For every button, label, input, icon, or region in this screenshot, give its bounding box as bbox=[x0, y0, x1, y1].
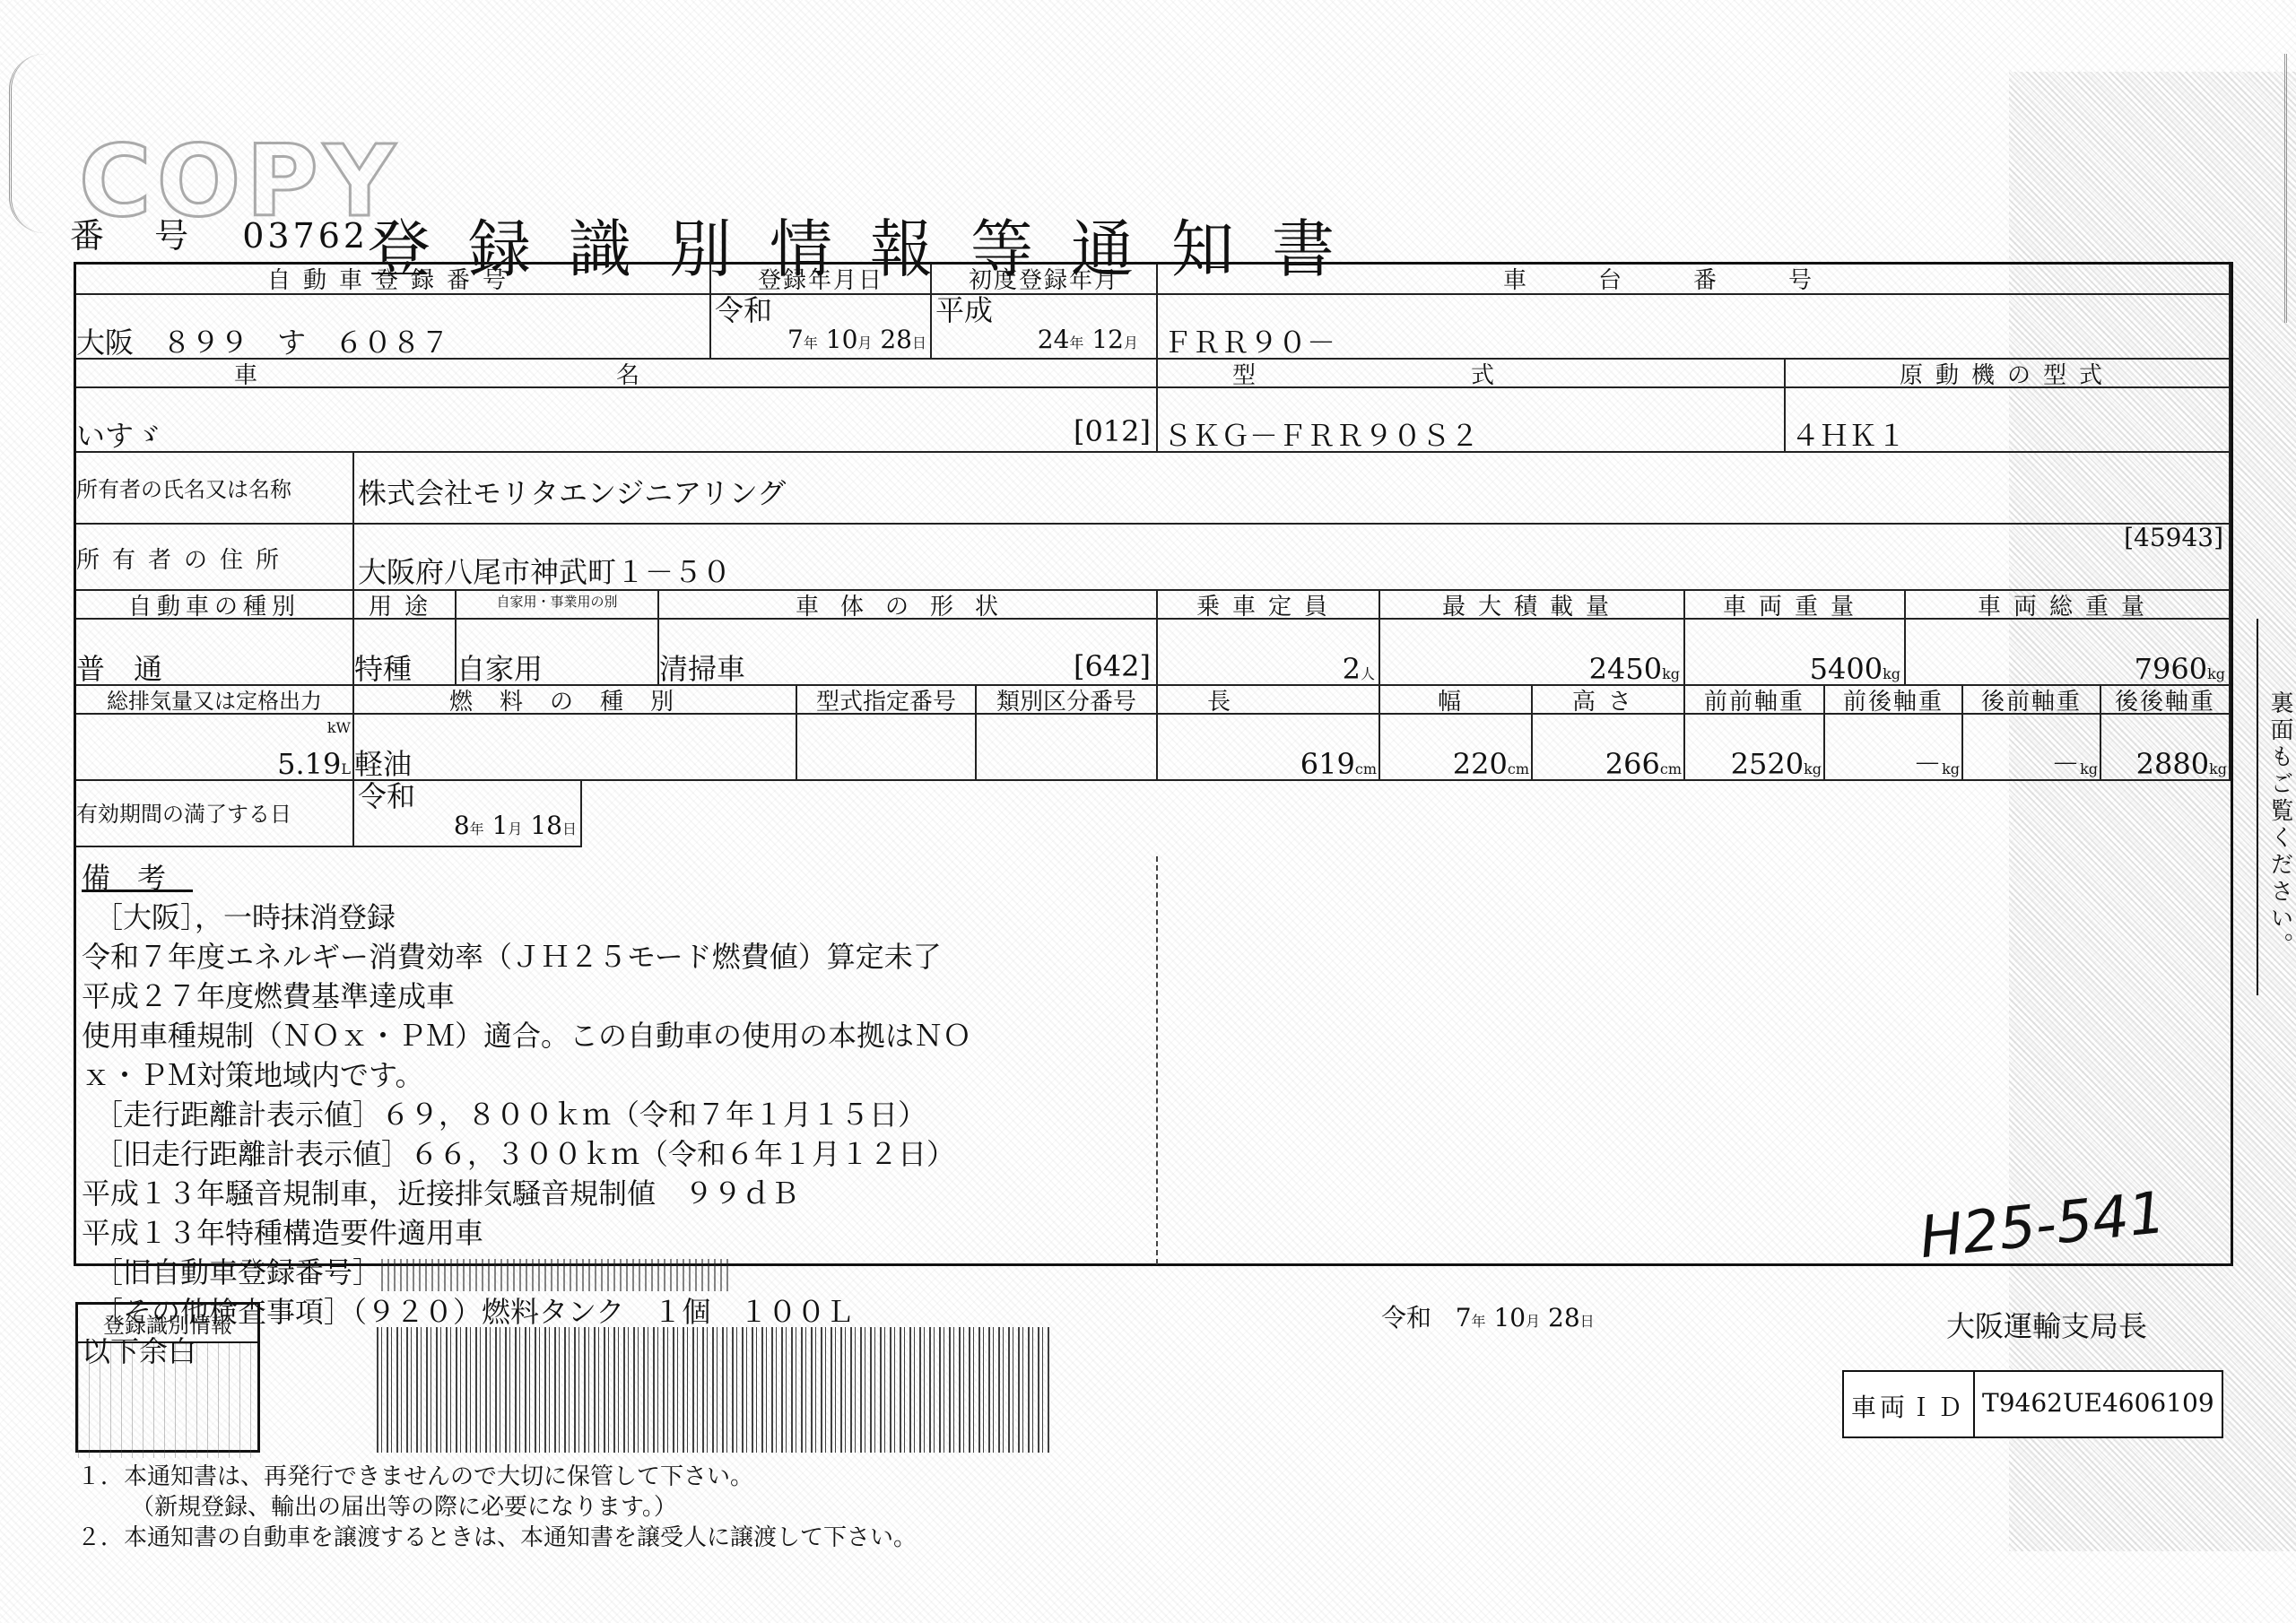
fr-axle-value: －kg bbox=[1825, 715, 1963, 781]
unit: kg bbox=[2080, 760, 2098, 777]
unit: 日 bbox=[1580, 1313, 1595, 1330]
remark-old-reg: ［旧自動車登録番号］ bbox=[94, 1255, 381, 1289]
vehicle-class-value: 普 通 bbox=[76, 620, 354, 686]
issue-year: 7 bbox=[1456, 1303, 1472, 1332]
remark-line: 平成２７年度燃費基準達成車 bbox=[82, 976, 971, 1016]
header-capacity: 乗車定員 bbox=[1158, 591, 1380, 620]
unit: 月 bbox=[1124, 334, 1138, 352]
vehicle-id-box: 車両ＩＤ T9462UE4606109 bbox=[1842, 1370, 2223, 1438]
reg-date-month: 10 bbox=[826, 325, 858, 354]
header-max-load: 最大積載量 bbox=[1380, 591, 1685, 620]
header-owner-address: 所有者の住所 bbox=[76, 525, 354, 591]
reg-date-era: 令和 bbox=[715, 295, 930, 326]
reg-date-day: 28 bbox=[880, 325, 912, 354]
header-length: 長さ bbox=[1158, 686, 1380, 715]
first-reg-era: 平成 bbox=[935, 295, 1156, 326]
header-car-name: 車名 bbox=[76, 360, 1158, 388]
displacement-value: kW 5.19L bbox=[76, 715, 354, 781]
owner-address: 大阪府八尾市神武町１－５０ bbox=[358, 555, 731, 589]
registration-info-label: 登録識別情報 bbox=[78, 1305, 257, 1343]
remark-line: ［大阪］，一時抹消登録 bbox=[82, 898, 971, 937]
barcode bbox=[377, 1327, 1049, 1453]
unit: kg bbox=[1662, 665, 1680, 682]
header-expiry: 有効期間の満了する日 bbox=[76, 781, 354, 847]
footer-note: １．本通知書は、再発行できませんので大切に保管して下さい。 bbox=[77, 1462, 917, 1492]
unit: 月 bbox=[1526, 1313, 1540, 1330]
ff-axle-value: 2520kg bbox=[1685, 715, 1825, 781]
header-owner-name: 所有者の氏名又は名称 bbox=[76, 453, 354, 525]
unit: kg bbox=[2209, 760, 2227, 777]
unit: cm bbox=[1508, 760, 1529, 777]
header-type-designation: 型式指定番号 bbox=[797, 686, 977, 715]
header-category-number: 類別区分番号 bbox=[977, 686, 1158, 715]
unit: L bbox=[341, 760, 351, 777]
vehicle-weight-value: 5400kg bbox=[1685, 620, 1906, 686]
length-value: 619cm bbox=[1158, 715, 1380, 781]
unit: kg bbox=[2207, 665, 2225, 682]
displacement: 5.19 bbox=[277, 747, 341, 781]
vehicle-id-value: T9462UE4606109 bbox=[1975, 1372, 2222, 1436]
capacity: 2 bbox=[1343, 652, 1361, 686]
unit: 月 bbox=[857, 334, 872, 352]
rf-axle: － bbox=[2051, 747, 2080, 781]
header-fuel-type: 燃料の種別 bbox=[354, 686, 797, 715]
remark-line: ［旧走行距離計表示値］６６，３００ｋｍ（令和６年１月１２日） bbox=[82, 1134, 971, 1174]
expiry-era: 令和 bbox=[358, 781, 580, 812]
issue-date: 令和 7年 10月 28日 bbox=[1381, 1298, 1595, 1334]
height-value: 266cm bbox=[1533, 715, 1685, 781]
header-height: 高さ bbox=[1533, 686, 1685, 715]
unit: cm bbox=[1660, 760, 1682, 777]
remarks-divider bbox=[1156, 856, 1158, 1264]
owner-name-value: 株式会社モリタエンジニアリング bbox=[354, 453, 2231, 525]
unit: kg bbox=[1804, 760, 1822, 777]
private-business-value: 自家用 bbox=[457, 620, 659, 686]
unit: 年 bbox=[1069, 334, 1083, 352]
header-body-shape: 車体の形状 bbox=[659, 591, 1158, 620]
expiry-month: 1 bbox=[492, 811, 509, 840]
length: 619 bbox=[1300, 747, 1355, 781]
header-fr-axle: 前後軸重 bbox=[1825, 686, 1963, 715]
footer-note: ２．本通知書の自動車を譲渡するときは、本通知書を譲受人に譲渡して下さい。 bbox=[77, 1523, 917, 1553]
issuing-authority: 大阪運輸支局長 bbox=[1946, 1304, 2147, 1345]
expiry-value: 令和 8年 1月 18日 bbox=[354, 781, 582, 847]
side-note: 裏面もご覧ください。 bbox=[2264, 690, 2296, 959]
unit: 年 bbox=[1472, 1313, 1486, 1330]
width-value: 220cm bbox=[1380, 715, 1533, 781]
redacted-block bbox=[381, 1259, 731, 1291]
side-divider bbox=[2257, 619, 2258, 995]
vehicle-weight: 5400 bbox=[1810, 652, 1883, 686]
body-shape-code: [642] bbox=[1074, 651, 1151, 682]
first-reg-year: 24 bbox=[1038, 325, 1070, 354]
remarks-section: 備考 ［大阪］，一時抹消登録 令和７年度エネルギー消費効率（ＪＨ２５モード燃費値… bbox=[82, 858, 971, 1371]
unit: kg bbox=[1942, 760, 1960, 777]
remark-line: ［旧自動車登録番号］ bbox=[82, 1253, 971, 1292]
footer-notes: １．本通知書は、再発行できませんので大切に保管して下さい。 （新規登録、輸出の届… bbox=[77, 1462, 917, 1553]
issue-era: 令和 bbox=[1381, 1303, 1431, 1332]
issue-day: 28 bbox=[1548, 1303, 1580, 1332]
remark-line: 平成１３年騒音規制車，近接排気騒音規制値 ９９ｄＢ bbox=[82, 1174, 971, 1213]
unit: 年 bbox=[804, 334, 818, 352]
body-shape-value: 清掃車 [642] bbox=[659, 620, 1158, 686]
ff-axle: 2520 bbox=[1731, 747, 1804, 781]
header-vehicle-class: 自動車の種別 bbox=[76, 591, 354, 620]
registration-info-box: 登録識別情報 bbox=[75, 1302, 260, 1453]
issue-month: 10 bbox=[1493, 1303, 1526, 1332]
width: 220 bbox=[1453, 747, 1508, 781]
unit: 日 bbox=[912, 334, 926, 352]
header-private-business: 自家用・事業用の別 bbox=[457, 591, 659, 620]
header-chassis: 車台番号 bbox=[1158, 265, 2231, 295]
car-name-value: いすゞ [012] bbox=[76, 388, 1158, 453]
serial-value: 03762 bbox=[242, 216, 369, 256]
header-engine-model: 原動機の型式 bbox=[1786, 360, 2231, 388]
unit: 月 bbox=[508, 820, 522, 838]
remark-line: 使用車種規制（ＮＯｘ・ＰＭ）適合。この自動車の使用の本拠はＮＯ bbox=[82, 1016, 971, 1055]
serial-number: 番 号 03762 bbox=[70, 208, 369, 257]
unit: 年 bbox=[470, 820, 484, 838]
usage-value: 特種 bbox=[354, 620, 457, 686]
car-name: いすゞ bbox=[76, 419, 162, 453]
gross-weight-value: 7960kg bbox=[1906, 620, 2231, 686]
header-vehicle-weight: 車両重量 bbox=[1685, 591, 1906, 620]
header-reg-date: 登録年月日 bbox=[711, 265, 932, 295]
rf-axle-value: －kg bbox=[1963, 715, 2101, 781]
header-reg-number: 自動車登録番号 bbox=[76, 265, 711, 295]
remark-line: ｘ・ＰＭ対策地域内です。 bbox=[82, 1055, 971, 1095]
expiry-year: 8 bbox=[454, 811, 470, 840]
header-model: 型式 bbox=[1158, 360, 1786, 388]
unit: cm bbox=[1355, 760, 1377, 777]
header-first-reg: 初度登録年月 bbox=[932, 265, 1158, 295]
vehicle-id-label: 車両ＩＤ bbox=[1844, 1372, 1975, 1436]
capacity-value: 2人 bbox=[1158, 620, 1380, 686]
first-reg-month: 12 bbox=[1091, 325, 1124, 354]
model-value: ＳＫＧ－ＦＲＲ９０Ｓ２ bbox=[1158, 388, 1786, 453]
height: 266 bbox=[1605, 747, 1660, 781]
remark-line: 令和７年度エネルギー消費効率（ＪＨ２５モード燃費値）算定未了 bbox=[82, 937, 971, 976]
chassis-value: ＦＲＲ９０－ bbox=[1158, 295, 2231, 360]
reg-date-value: 令和 7年 10月 28日 bbox=[711, 295, 932, 360]
unit: 人 bbox=[1361, 665, 1375, 682]
unit: kW bbox=[327, 720, 351, 736]
first-reg-value: 平成 24年 12月 bbox=[932, 295, 1158, 360]
remark-line: 平成１３年特種構造要件適用車 bbox=[82, 1213, 971, 1253]
registration-table: 自動車登録番号 登録年月日 初度登録年月 車台番号 大阪 ８９９ す ６０８７ … bbox=[74, 262, 2233, 1266]
registration-info-code bbox=[78, 1343, 257, 1458]
fr-axle: － bbox=[1913, 747, 1942, 781]
reg-number-value: 大阪 ８９９ す ６０８７ bbox=[76, 295, 711, 360]
header-width: 幅 bbox=[1380, 686, 1533, 715]
fuel-type-value: 軽油 bbox=[354, 715, 797, 781]
remark-line: ［走行距離計表示値］６９，８００ｋｍ（令和７年１月１５日） bbox=[82, 1095, 971, 1134]
unit: 日 bbox=[562, 820, 577, 838]
footer-note: （新規登録、輸出の届出等の際に必要になります。） bbox=[77, 1492, 917, 1523]
type-designation-value bbox=[797, 715, 977, 781]
max-load: 2450 bbox=[1589, 652, 1662, 686]
header-rf-axle: 後前軸重 bbox=[1963, 686, 2101, 715]
max-load-value: 2450kg bbox=[1380, 620, 1685, 686]
rr-axle: 2880 bbox=[2136, 747, 2209, 781]
header-displacement: 総排気量又は定格出力 bbox=[76, 686, 354, 715]
serial-label: 番 号 bbox=[70, 216, 208, 256]
body-shape: 清掃車 bbox=[659, 652, 745, 686]
header-rr-axle: 後後軸重 bbox=[2101, 686, 2231, 715]
header-ff-axle: 前前軸重 bbox=[1685, 686, 1825, 715]
category-number-value bbox=[977, 715, 1158, 781]
remarks-heading: 備考 bbox=[82, 858, 971, 898]
ornament-right-icon bbox=[2231, 54, 2287, 323]
unit: kg bbox=[1883, 665, 1900, 682]
gross-weight: 7960 bbox=[2135, 652, 2207, 686]
owner-address-value: 大阪府八尾市神武町１－５０ [45943] bbox=[354, 525, 2231, 591]
engine-model-value: ４ＨＫ１ bbox=[1786, 388, 2231, 453]
reg-date-year: 7 bbox=[787, 325, 804, 354]
rr-axle-value: 2880kg bbox=[2101, 715, 2231, 781]
header-gross-weight: 車両総重量 bbox=[1906, 591, 2231, 620]
expiry-day: 18 bbox=[530, 811, 562, 840]
address-code: [45943] bbox=[2124, 525, 2223, 552]
header-usage: 用途 bbox=[354, 591, 457, 620]
car-name-code: [012] bbox=[1074, 416, 1151, 447]
